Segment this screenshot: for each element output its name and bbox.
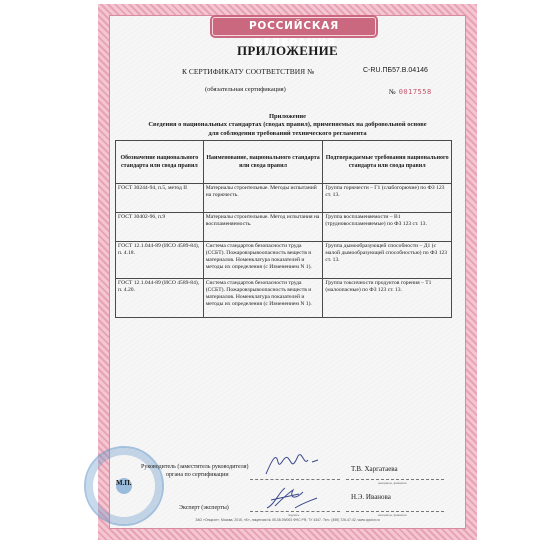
head-name: Т.В. Харгатаева: [351, 465, 398, 473]
table-row: ГОСТ 30402-96, п.9 Материалы строительны…: [116, 213, 452, 242]
certificate-label: К СЕРТИФИКАТУ СООТВЕТСТВИЯ №: [182, 67, 314, 76]
table-header-row: Обозначение национального стандарта или …: [116, 141, 452, 184]
certificate-sheet: РОССИЙСКАЯ ФЕДЕРАЦИЯ ПРИЛОЖЕНИЕ К СЕРТИФ…: [98, 4, 477, 540]
table-row: ГОСТ 12.1.044-89 (ИСО 4589-84), п. 4.20.…: [116, 279, 452, 318]
serial-value: 0017558: [399, 88, 432, 96]
cell-designation: ГОСТ 12.1.044-89 (ИСО 4589-84), п. 4.20.: [116, 279, 204, 318]
table-row: ГОСТ 12.1.044-89 (ИСО 4589-84), п. 4.18.…: [116, 242, 452, 279]
head-role: Руководитель (заместитель руководителя) …: [141, 463, 251, 479]
signature-line-1: [250, 479, 340, 480]
signature-2-icon: [265, 482, 320, 512]
printer-footer: ЗАО «Опцион», Москва, 2015, «Б», лицензи…: [114, 518, 461, 522]
serial-number: №0017558: [389, 88, 432, 96]
header-designation: Обозначение национального стандарта или …: [116, 141, 204, 184]
expert-role: Эксперт (эксперты): [179, 505, 229, 511]
annex-line-3: для соблюдения требований технического р…: [116, 130, 459, 138]
annex-heading: Приложение Сведения о национальных станд…: [116, 113, 459, 138]
cell-requirements: Группа воспламеняемости – В1 (трудновосп…: [323, 213, 452, 242]
head-role-line-2: органа по сертификации: [141, 471, 251, 479]
name-line-2: [346, 511, 444, 512]
name-caption-2: инициалы, фамилия: [378, 513, 407, 517]
certificate-body: РОССИЙСКАЯ ФЕДЕРАЦИЯ ПРИЛОЖЕНИЕ К СЕРТИФ…: [109, 15, 466, 529]
cell-designation: ГОСТ 12.1.044-89 (ИСО 4589-84), п. 4.18.: [116, 242, 204, 279]
name-line-1: [346, 479, 444, 480]
serial-label: №: [389, 88, 396, 96]
stamp-label: М.П.: [116, 479, 132, 487]
certificate-number: C-RU.ПБ57.В.04146: [363, 67, 428, 74]
cell-designation: ГОСТ 30402-96, п.9: [116, 213, 204, 242]
header-name: Наименование, национального стандарта ил…: [203, 141, 323, 184]
cell-requirements: Группа горючести – Г1 (слабогорючие) по …: [323, 184, 452, 213]
table-row: ГОСТ 30244-94, п.5, метод II Материалы с…: [116, 184, 452, 213]
cell-name: Система стандартов безопасности труда (С…: [203, 242, 323, 279]
expert-name: Н.Э. Иванова: [351, 493, 391, 501]
signature-line-2: [250, 511, 340, 512]
signature-caption-2: подпись: [288, 513, 299, 517]
cell-designation: ГОСТ 30244-94, п.5, метод II: [116, 184, 204, 213]
cell-requirements: Группа дымообразующей способности – Д1 (…: [323, 242, 452, 279]
country-banner: РОССИЙСКАЯ ФЕДЕРАЦИЯ: [212, 17, 376, 36]
signature-1-icon: [262, 448, 322, 478]
cell-name: Материалы строительные. Метод испытания …: [203, 213, 323, 242]
annex-line-2: Сведения о национальных стандартах (свод…: [116, 121, 459, 129]
cell-name: Материалы строительные. Методы испытаний…: [203, 184, 323, 213]
certification-type: (обязательная сертификация): [205, 86, 286, 93]
standards-table: Обозначение национального стандарта или …: [115, 140, 452, 318]
cell-requirements: Группа токсичности продуктов горения – Т…: [323, 279, 452, 318]
name-caption-1: инициалы, фамилия: [378, 481, 407, 485]
page-title: ПРИЛОЖЕНИЕ: [110, 43, 465, 59]
annex-line-1: Приложение: [116, 113, 459, 121]
header-requirements: Подтверждаемые требования национального …: [323, 141, 452, 184]
cell-name: Система стандартов безопасности труда (С…: [203, 279, 323, 318]
head-role-line-1: Руководитель (заместитель руководителя): [141, 464, 248, 470]
